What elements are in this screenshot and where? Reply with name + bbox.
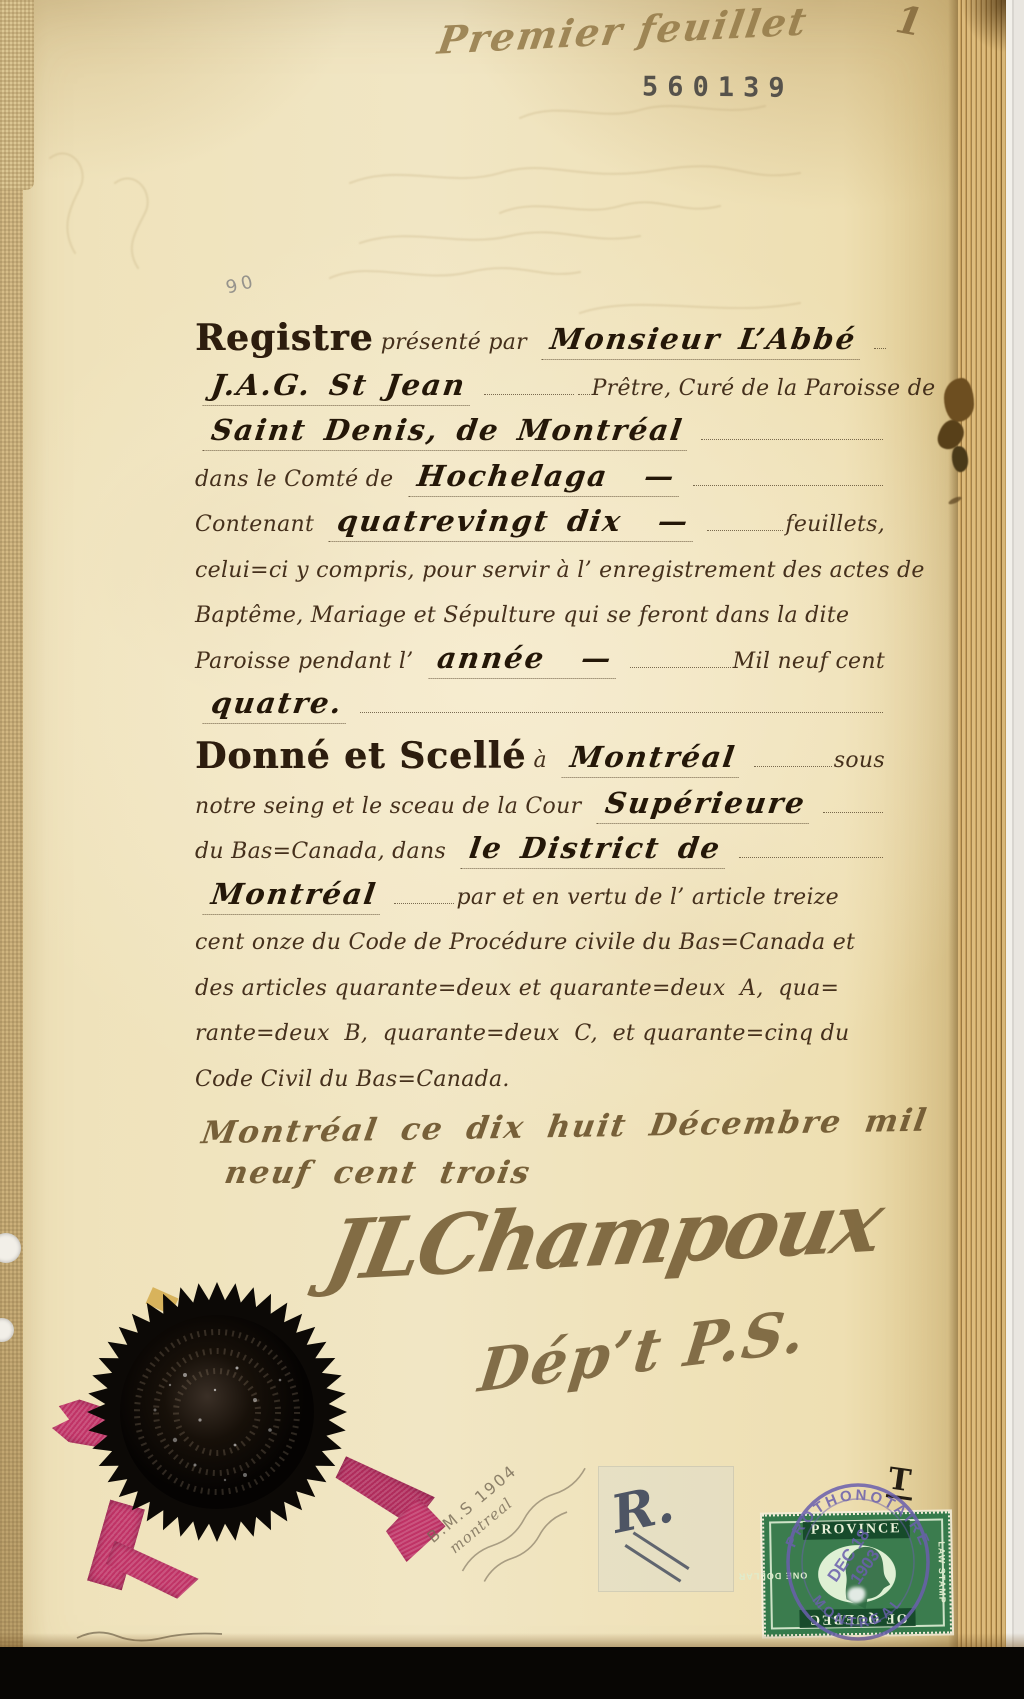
- form-line: Saint Denis, de Montréal: [195, 406, 885, 452]
- form-rule: [693, 485, 883, 486]
- form-line: Contenant quatrevingt dix — feuillets,: [195, 497, 885, 543]
- form-printed-text: Mil neuf cent: [733, 651, 885, 679]
- form-rule: [874, 348, 886, 349]
- serial-number-stamp: 560139: [642, 73, 794, 101]
- form-printed-text: dans le Comté de: [195, 469, 401, 497]
- form-handwritten-entry: Supérieure: [596, 789, 813, 824]
- form-line: du Bas=Canada, dans le District de: [195, 824, 885, 870]
- form-printed-text: cent onze du Code de Procédure civile du…: [195, 932, 855, 960]
- court-wax-seal: [85, 1280, 349, 1544]
- form-printed-text: Contenant: [195, 514, 321, 542]
- form-rule: [578, 394, 590, 395]
- form-rule: [484, 394, 574, 395]
- page-crease: [948, 0, 958, 1699]
- form-rule: [739, 857, 883, 858]
- form-printed-text: Prêtre, Curé de la Paroisse de: [592, 378, 936, 406]
- form-handwritten-entry: année —: [428, 644, 620, 679]
- form-line: rante=deux B, quarante=deux C, et quaran…: [195, 1006, 885, 1052]
- form-line: Paroisse pendant l’ année — Mil neuf cen…: [195, 633, 885, 679]
- book-fore-edge-corner: [956, 0, 1006, 80]
- seal-wax-center: [120, 1315, 314, 1509]
- prothonotary-date-stamp: PROTHONOTAIRE MONTREAL DEC 18 1903: [770, 1478, 950, 1658]
- form-handwritten-entry: quatre.: [203, 689, 351, 724]
- ink-blot: [944, 378, 974, 422]
- form-ornate-text: Registre: [195, 320, 373, 360]
- form-printed-text: présenté par: [373, 332, 534, 360]
- form-printed-text: du Bas=Canada, dans: [195, 841, 453, 869]
- form-printed-text: celui=ci y compris, pour servir à l’ enr…: [195, 560, 925, 588]
- scan-background: [1006, 0, 1024, 1699]
- form-handwritten-entry: Monsieur L’Abbé: [542, 325, 865, 360]
- form-printed-text: des articles quarante=deux et quarante=d…: [195, 978, 839, 1006]
- form-printed-text: par et en vertu de l’ article treize: [456, 887, 839, 915]
- form-rule: [360, 712, 883, 713]
- stamp-arc-bottom: MONTREAL: [809, 1592, 906, 1631]
- form-rule: [823, 812, 883, 813]
- form-rule: [707, 530, 783, 531]
- form-printed-text: feuillets,: [785, 514, 885, 542]
- form-handwritten-entry: Saint Denis, de Montréal: [203, 416, 692, 451]
- form-printed-text: Baptême, Mariage et Sépulture qui se fer…: [195, 605, 849, 633]
- form-line: Donné et Scellé à Montréal sous: [195, 724, 885, 778]
- binding-edge: [0, 0, 23, 1699]
- form-ornate-text: Donné et Scellé: [195, 738, 526, 778]
- form-line: cent onze du Code de Procédure civile du…: [195, 915, 885, 961]
- form-rule: [394, 903, 454, 904]
- form-rule: [701, 439, 883, 440]
- r-monogram-mark: R.: [607, 1478, 678, 1542]
- form-line: Registre présenté par Monsieur L’Abbé: [195, 300, 885, 360]
- form-printed-text: Paroisse pendant l’: [195, 651, 421, 679]
- form-line: dans le Comté de Hochelaga —: [195, 451, 885, 497]
- form-line: Montréal par et en vertu de l’ article t…: [195, 869, 885, 915]
- form-handwritten-entry: le District de: [461, 834, 730, 869]
- form-printed-text: à: [526, 750, 554, 778]
- form-line: des articles quarante=deux et quarante=d…: [195, 960, 885, 1006]
- form-handwritten-entry: Montréal: [562, 743, 744, 778]
- form-line: Code Civil du Bas=Canada.: [195, 1051, 885, 1097]
- form-rule: [630, 667, 731, 668]
- page-bottom-shadow: [0, 1633, 1024, 1647]
- form-printed-text: Code Civil du Bas=Canada.: [195, 1069, 510, 1097]
- svg-text:MONTREAL: MONTREAL: [809, 1592, 906, 1631]
- form-handwritten-entry: Montréal: [203, 880, 385, 915]
- form-line: celui=ci y compris, pour servir à l’ enr…: [195, 542, 885, 588]
- form-handwritten-entry: quatrevingt dix —: [329, 507, 698, 542]
- closing-date-line-2: neuf cent trois: [222, 1158, 533, 1189]
- register-form: Registre présenté par Monsieur L’Abbé J.…: [195, 300, 885, 1097]
- form-handwritten-entry: J.A.G. St Jean: [203, 371, 474, 406]
- form-line: quatre.: [195, 679, 885, 725]
- form-line: notre seing et le sceau de la Cour Supér…: [195, 778, 885, 824]
- form-printed-text: rante=deux B, quarante=deux C, et quaran…: [195, 1023, 849, 1051]
- book-fore-edge: [956, 0, 1006, 1699]
- form-handwritten-entry: Hochelaga —: [408, 462, 683, 497]
- form-line: J.A.G. St Jean Prêtre, Curé de la Parois…: [195, 360, 885, 406]
- form-printed-text: notre seing et le sceau de la Cour: [195, 796, 589, 824]
- form-rule: [754, 766, 832, 767]
- binding-cloth-patch: [0, 0, 34, 190]
- form-line: Baptême, Mariage et Sépulture qui se fer…: [195, 588, 885, 634]
- scan-bottom-band: [0, 1647, 1024, 1699]
- form-printed-text: sous: [834, 750, 885, 778]
